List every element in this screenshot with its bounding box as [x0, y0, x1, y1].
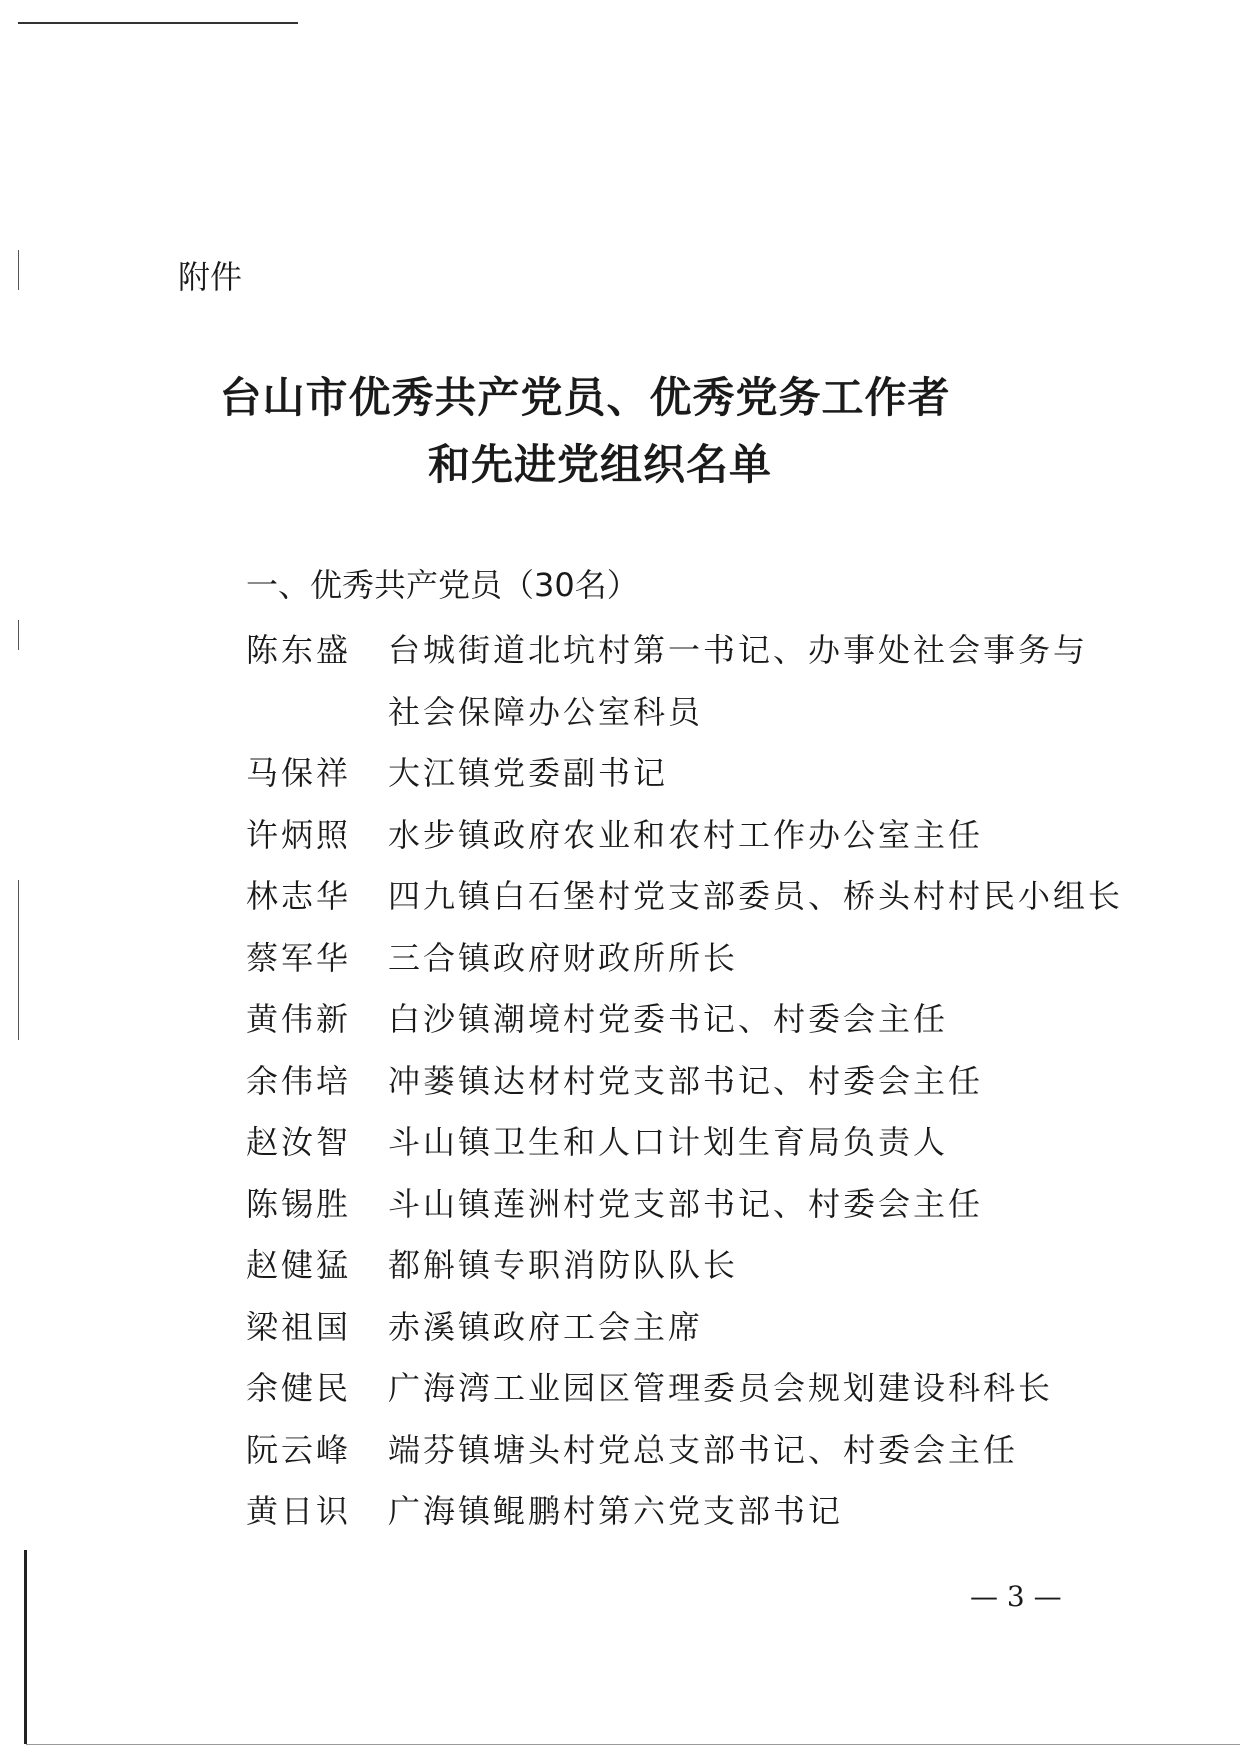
- honoree-name: 陈东盛: [246, 620, 388, 682]
- honoree-position: 广海湾工业园区管理委员会规划建设科科长: [388, 1358, 1146, 1420]
- honoree-name: 余健民: [246, 1358, 388, 1420]
- list-item: 黄伟新 白沙镇潮境村党委书记、村委会主任: [246, 989, 1146, 1051]
- list-item: 梁祖国 赤溪镇政府工会主席: [246, 1297, 1146, 1359]
- attachment-label: 附件: [178, 252, 242, 298]
- honoree-name: 梁祖国: [246, 1297, 388, 1359]
- list-item: 许炳照 水步镇政府农业和农村工作办公室主任: [246, 805, 1146, 867]
- honoree-name: 蔡军华: [246, 928, 388, 990]
- list-item: 陈锡胜 斗山镇莲洲村党支部书记、村委会主任: [246, 1174, 1146, 1236]
- honoree-position: 广海镇鲲鹏村第六党支部书记: [388, 1481, 1146, 1543]
- honoree-name: 黄伟新: [246, 989, 388, 1051]
- left-margin-mark: [18, 880, 19, 1040]
- page-number: — 3 —: [970, 1580, 1062, 1613]
- honoree-name: 许炳照: [246, 805, 388, 867]
- honoree-position: 白沙镇潮境村党委书记、村委会主任: [388, 989, 1146, 1051]
- honoree-list: 陈东盛 台城街道北坑村第一书记、办事处社会事务与 社会保障办公室科员 马保祥 大…: [246, 620, 1146, 1543]
- bottom-scan-rule: [26, 1744, 1240, 1745]
- honoree-name: 陈锡胜: [246, 1174, 388, 1236]
- list-item: 黄日识 广海镇鲲鹏村第六党支部书记: [246, 1481, 1146, 1543]
- honoree-name: 阮云峰: [246, 1420, 388, 1482]
- honoree-name: 黄日识: [246, 1481, 388, 1543]
- list-item: 林志华 四九镇白石堡村党支部委员、桥头村村民小组长: [246, 866, 1146, 928]
- list-item-continuation: 社会保障办公室科员: [246, 682, 1146, 744]
- honoree-name: 马保祥: [246, 743, 388, 805]
- list-item: 赵健猛 都斛镇专职消防队队长: [246, 1235, 1146, 1297]
- list-item: 赵汝智 斗山镇卫生和人口计划生育局负责人: [246, 1112, 1146, 1174]
- honoree-position: 三合镇政府财政所所长: [388, 928, 1146, 990]
- honoree-name: 余伟培: [246, 1051, 388, 1113]
- document-title-line1: 台山市优秀共产党员、优秀党务工作者: [0, 365, 1240, 425]
- honoree-position-cont: 社会保障办公室科员: [388, 682, 1146, 744]
- honoree-position: 水步镇政府农业和农村工作办公室主任: [388, 805, 1146, 867]
- left-margin-mark: [18, 620, 19, 650]
- top-scan-rule: [18, 22, 298, 24]
- honoree-position: 斗山镇莲洲村党支部书记、村委会主任: [388, 1174, 1146, 1236]
- honoree-position: 台城街道北坑村第一书记、办事处社会事务与: [388, 620, 1146, 682]
- honoree-position: 都斛镇专职消防队队长: [388, 1235, 1146, 1297]
- honoree-name: 林志华: [246, 866, 388, 928]
- section-heading: 一、优秀共产党员（30名）: [246, 560, 639, 606]
- list-item: 阮云峰 端芬镇塘头村党总支部书记、村委会主任: [246, 1420, 1146, 1482]
- list-item: 陈东盛 台城街道北坑村第一书记、办事处社会事务与: [246, 620, 1146, 682]
- honoree-position: 四九镇白石堡村党支部委员、桥头村村民小组长: [388, 866, 1146, 928]
- honoree-name: 赵汝智: [246, 1112, 388, 1174]
- document-title-line2: 和先进党组织名单: [0, 432, 1240, 492]
- honoree-position: 斗山镇卫生和人口计划生育局负责人: [388, 1112, 1146, 1174]
- honoree-position: 赤溪镇政府工会主席: [388, 1297, 1146, 1359]
- honoree-position: 端芬镇塘头村党总支部书记、村委会主任: [388, 1420, 1146, 1482]
- list-item: 马保祥 大江镇党委副书记: [246, 743, 1146, 805]
- left-margin-mark: [18, 250, 19, 290]
- honoree-name: 赵健猛: [246, 1235, 388, 1297]
- left-scan-edge: [24, 1550, 27, 1744]
- list-item: 余健民 广海湾工业园区管理委员会规划建设科科长: [246, 1358, 1146, 1420]
- list-item: 余伟培 冲蒌镇达材村党支部书记、村委会主任: [246, 1051, 1146, 1113]
- honoree-position: 大江镇党委副书记: [388, 743, 1146, 805]
- honoree-position: 冲蒌镇达材村党支部书记、村委会主任: [388, 1051, 1146, 1113]
- list-item: 蔡军华 三合镇政府财政所所长: [246, 928, 1146, 990]
